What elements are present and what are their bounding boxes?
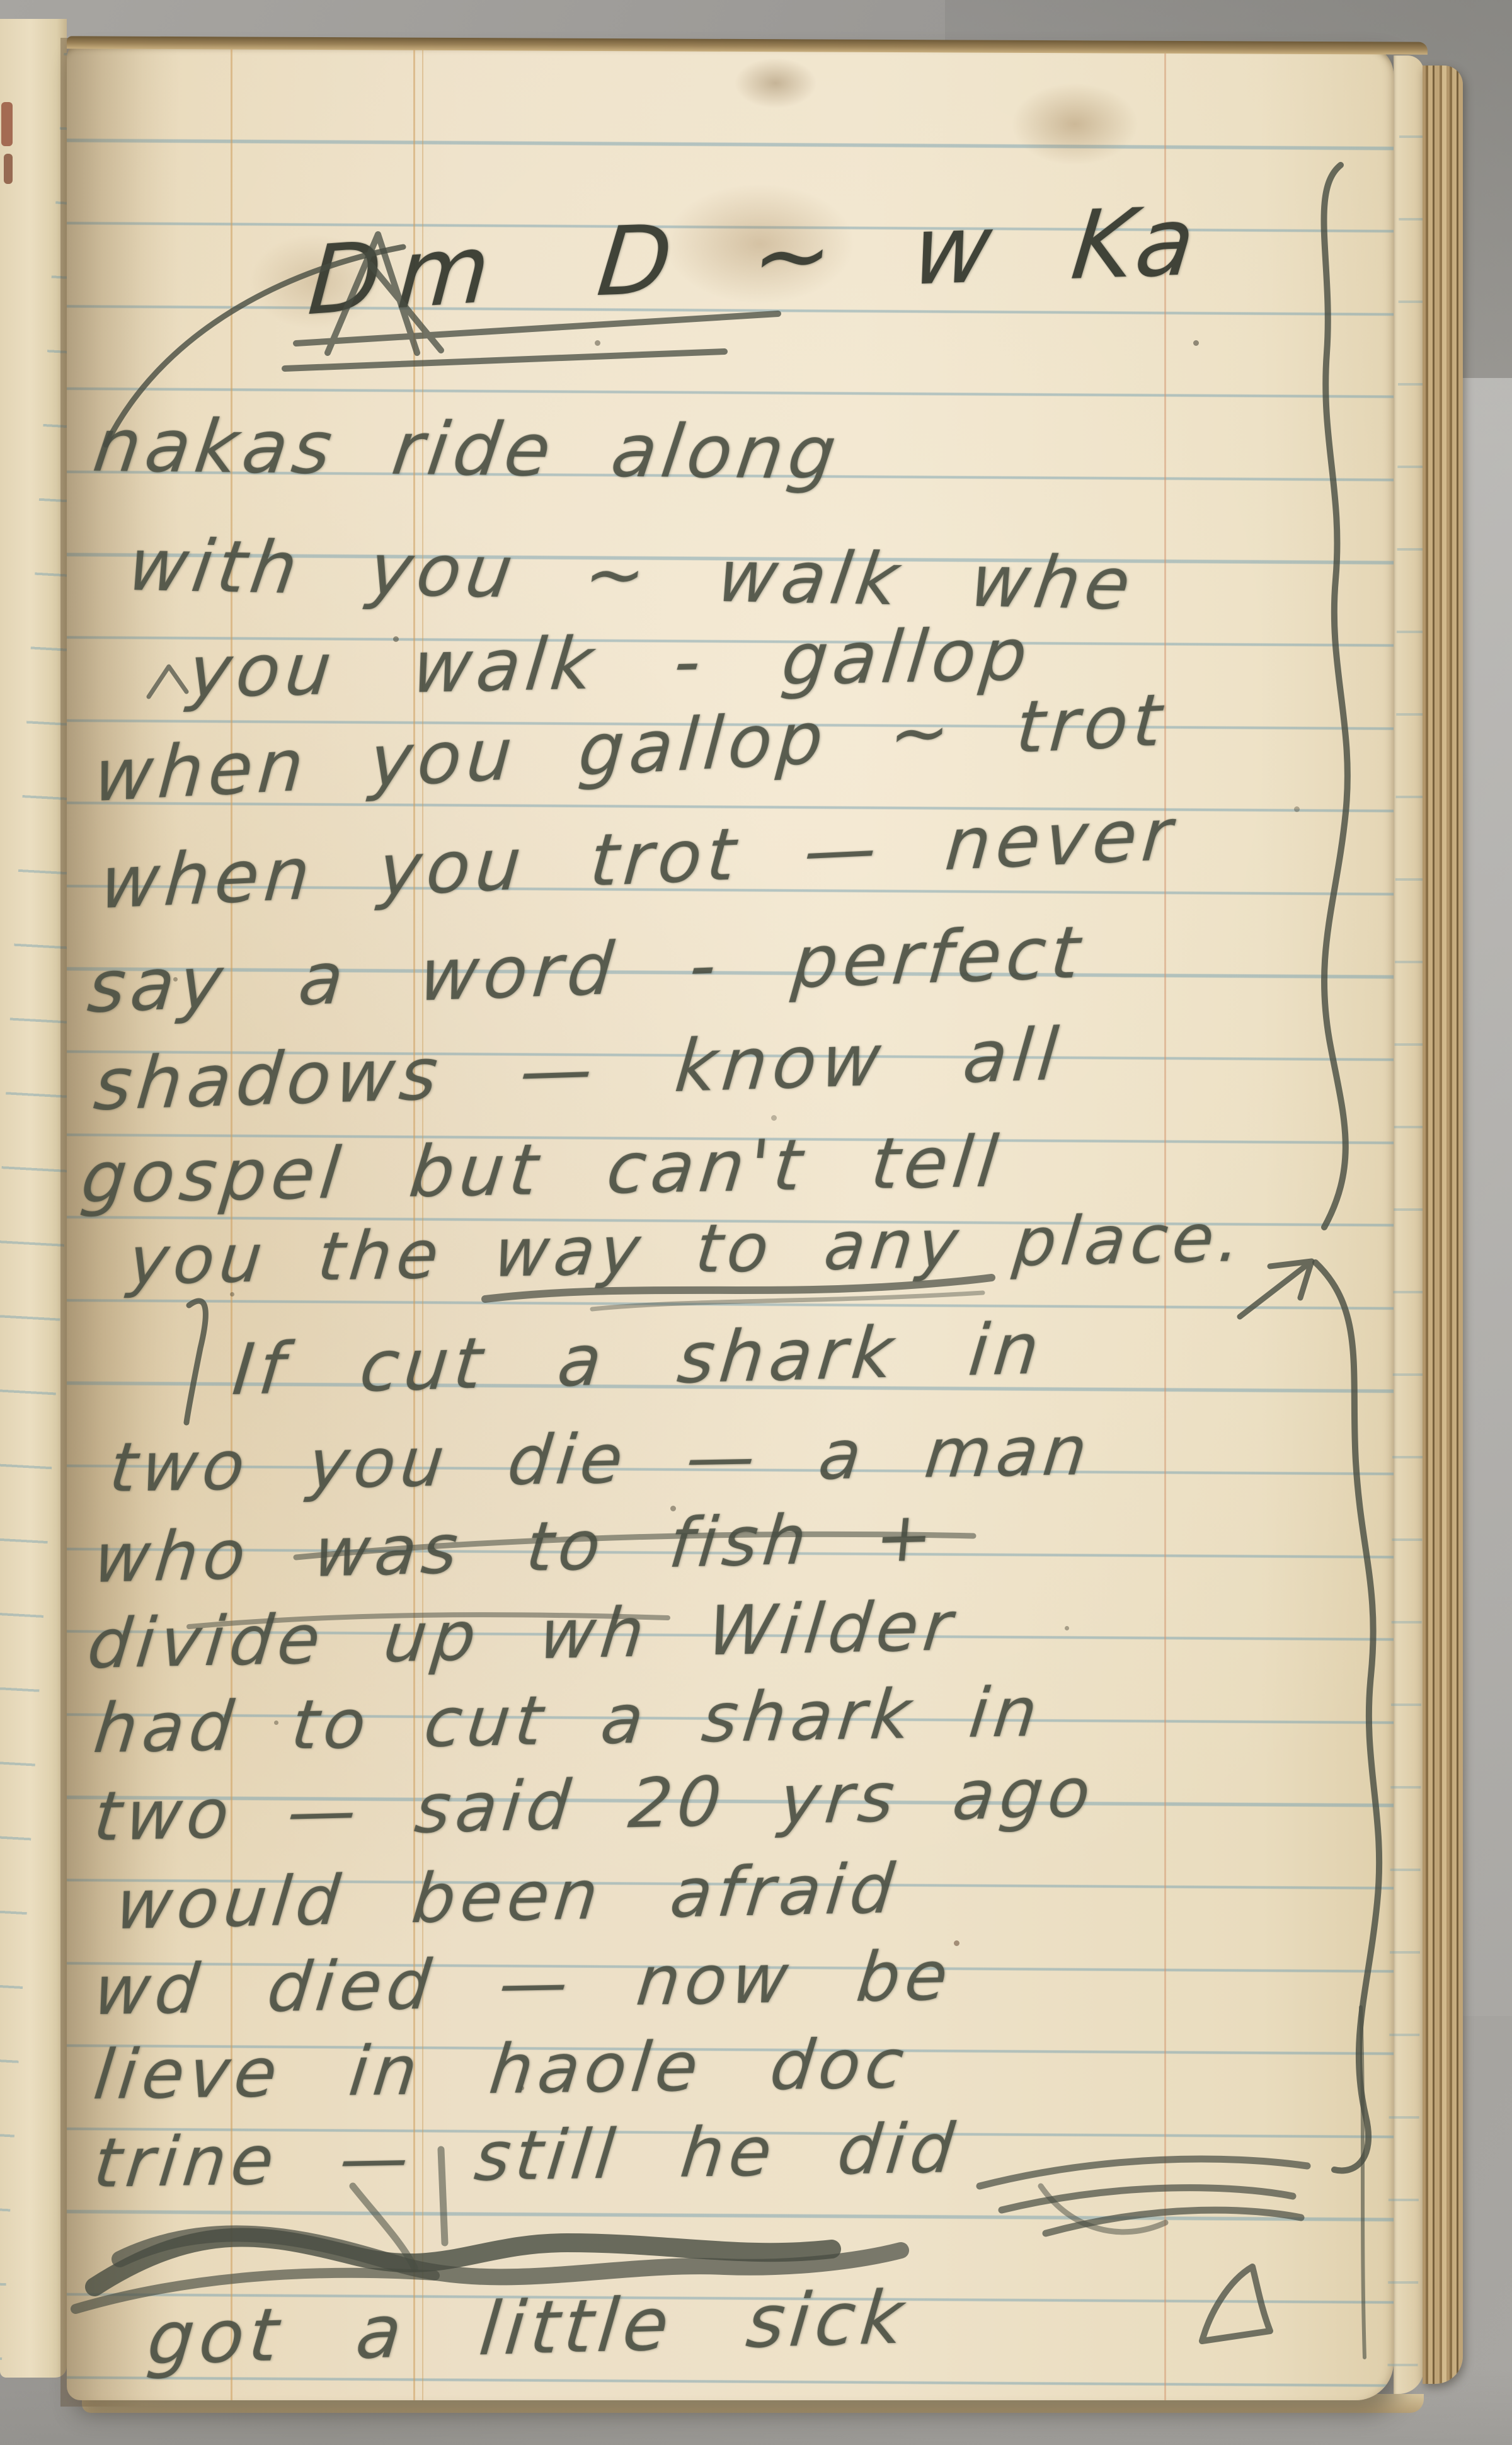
arrow-into-brace [1240,1261,1312,1317]
notebook-scan: Dm D ~ w Ka nakas ride along with you ~ … [0,0,1512,2445]
triangle-end-mark [1202,2267,1270,2341]
strike-through-divide-up [189,1615,668,1627]
pencil-marks-overlay [0,0,1512,2445]
paragraph-hook-mark [186,1301,205,1423]
strike-through-was-to-fish [296,1534,973,1557]
right-brace-paragraph-2 [1315,1263,1379,2170]
cross-out-he-did [980,2159,1307,2233]
right-brace-paragraph-1 [1324,165,1347,1227]
vertical-edge-line [1361,2007,1365,2357]
caret-mark [149,667,186,697]
wavy-divider-echo [592,1293,983,1309]
scratch-out-underline [76,2273,435,2309]
